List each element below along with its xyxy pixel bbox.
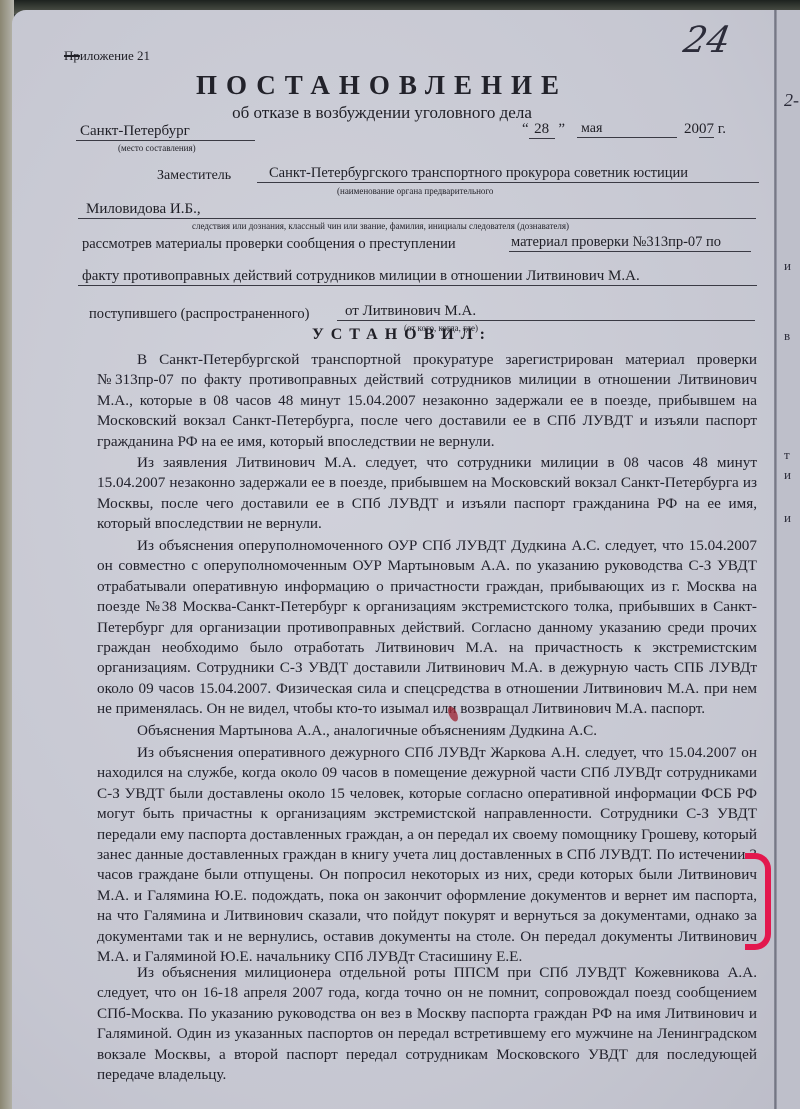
document-subtitle: об отказе в возбуждении уголовного дела: [12, 103, 752, 123]
date-day-field: “28 ”: [522, 121, 565, 139]
document-title: ПОСТАНОВЛЕНИЕ: [12, 70, 752, 101]
red-annotation-bracket: [745, 853, 771, 950]
date-day: 28: [529, 121, 555, 139]
margin-mark: и: [784, 258, 791, 274]
received-field: от Литвинович М.А.: [337, 303, 755, 321]
official-field-line1: Санкт-Петербургского транспортного проку…: [257, 165, 759, 183]
document-page: 2- и в т и и Приложение 21 24 ПОСТАНОВЛЕ…: [12, 10, 800, 1109]
appendix-label-text: иложение 21: [80, 48, 150, 63]
date-year-unit: г.: [718, 121, 726, 137]
paragraph-dudkin-explanation: Из объяснения оперуполномоченного ОУР СП…: [97, 536, 757, 720]
date-year-prefix: 20: [684, 121, 699, 137]
official-field-line2: Миловидова И.Б.,: [78, 201, 756, 219]
margin-mark: 2-: [784, 90, 799, 111]
margin-mark: т: [784, 447, 790, 463]
paragraph-kozhevnikov-explanation: Из объяснения милиционера отдельной роты…: [97, 963, 757, 1085]
margin-mark: и: [784, 510, 791, 526]
handwritten-page-number: 24: [680, 20, 733, 61]
page-fold-line: [774, 10, 777, 1109]
paragraph-martynov-explanation: Объяснения Мартынова А.А., аналогичные о…: [97, 721, 757, 741]
considered-field-line1: материал проверки №313пр-07 по: [509, 234, 751, 252]
paragraph-zharkov-explanation: Из объяснения оперативного дежурного СПб…: [97, 743, 757, 967]
date-month: мая: [577, 121, 677, 138]
appendix-label-struck: Пр: [64, 48, 80, 63]
paragraph-statement: Из заявления Литвинович М.А. следует, чт…: [97, 453, 757, 535]
margin-mark: и: [784, 467, 791, 483]
official-label: Заместитель: [157, 168, 231, 184]
adjacent-page-margin: [777, 10, 800, 1109]
established-heading: УСТАНОВИЛ:: [12, 326, 792, 344]
considered-field-line2: факту противоправных действий сотруднико…: [78, 268, 757, 286]
appendix-label: Приложение 21: [64, 48, 150, 64]
official-caption-line1: (наименование органа предварительного: [337, 186, 493, 196]
date-year-suffix: 07: [699, 121, 714, 138]
considered-label: рассмотрев материалы проверки сообщения …: [82, 236, 456, 253]
place-field: Санкт-Петербург: [76, 123, 255, 141]
date-year-field: 2007 г.: [684, 121, 726, 138]
paragraph-registration: В Санкт-Петербургской транспортной проку…: [97, 350, 757, 452]
received-label: поступившего (распространенного): [89, 306, 309, 323]
place-caption: (место составления): [118, 143, 196, 153]
official-caption-line2: следствия или дознания, классный чин или…: [192, 221, 569, 231]
